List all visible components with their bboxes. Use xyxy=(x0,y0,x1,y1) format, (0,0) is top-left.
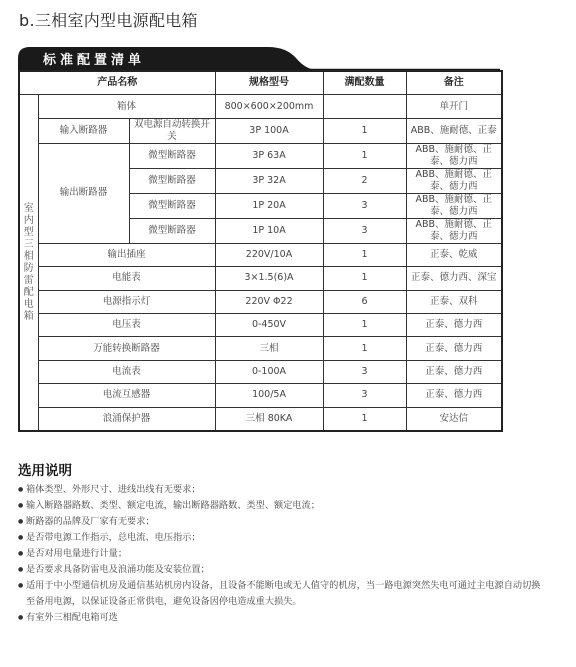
cell-spec: 3P 32A xyxy=(215,168,323,193)
cell-qty: 1 xyxy=(323,267,406,290)
table-row: 输出插座 220V/10A 1 正泰、乾威 xyxy=(19,243,502,266)
cell-note: 正泰、双科 xyxy=(406,290,502,313)
cell-spec: 220V Φ22 xyxy=(215,290,323,313)
cell-spec: 0-450V xyxy=(215,313,323,336)
cell-qty: 3 xyxy=(323,193,406,218)
cell-spec: 三相 80KA xyxy=(215,407,323,431)
table-header-row: 产品名称 规格型号 满配数量 备注 xyxy=(19,71,502,95)
cell-sub: 微型断路器 xyxy=(129,218,215,243)
cell-name: 电流互感器 xyxy=(38,384,215,407)
list-item: 箱体类型、外形尺寸、进线出线有无要求； xyxy=(18,482,558,498)
cell-qty: 3 xyxy=(323,218,406,243)
cell-qty: 1 xyxy=(323,143,406,168)
selection-guide-title: 选用说明 xyxy=(18,459,72,479)
table-row: 输出断路器 微型断路器 3P 63A 1 ABB、施耐德、正泰、德力西 xyxy=(19,143,502,168)
table-row: 电源指示灯 220V Φ22 6 正泰、双科 xyxy=(19,290,502,313)
cell-note: ABB、施耐德、正泰、德力西 xyxy=(406,218,502,243)
cell-spec: 3P 100A xyxy=(215,118,323,143)
cell-spec: 100/5A xyxy=(215,384,323,407)
cell-spec: 3×1.5(6)A xyxy=(215,267,323,290)
cell-spec: 0-100A xyxy=(215,360,323,383)
group-label: 室内型三相防雷配电箱 xyxy=(19,95,38,431)
cell-note: 正泰、乾威 xyxy=(406,243,502,266)
selection-guide-list: 箱体类型、外形尺寸、进线出线有无要求； 输入断路器路数、类型、额定电流，输出断路… xyxy=(18,482,558,626)
table-row: 电流表 0-100A 3 正泰、德力西 xyxy=(19,360,502,383)
cell-name: 浪涌保护器 xyxy=(38,407,215,431)
list-item: 断路器的品牌及厂家有无要求； xyxy=(18,514,558,530)
cell-spec: 三相 xyxy=(215,337,323,360)
cell-qty: 1 xyxy=(323,313,406,336)
cell-name: 电压表 xyxy=(38,313,215,336)
cell-sub: 微型断路器 xyxy=(129,143,215,168)
cell-qty: 6 xyxy=(323,290,406,313)
cell-name: 箱体 xyxy=(38,95,215,118)
list-item: 有室外三相配电箱可选 xyxy=(18,610,558,626)
list-item: 输入断路器路数、类型、额定电流，输出断路器路数、类型、额定电流； xyxy=(18,498,558,514)
config-banner: 标准配置清单 xyxy=(18,46,500,70)
cell-spec: 220V/10A xyxy=(215,243,323,266)
cell-note: 正泰、德力西 xyxy=(406,360,502,383)
cell-note: 正泰、德力西、深宝 xyxy=(406,267,502,290)
banner-label: 标准配置清单 xyxy=(43,49,145,68)
cell-qty: 1 xyxy=(323,337,406,360)
cell-note: 正泰、德力西 xyxy=(406,384,502,407)
cell-qty: 1 xyxy=(323,243,406,266)
table-row: 电能表 3×1.5(6)A 1 正泰、德力西、深宝 xyxy=(19,267,502,290)
cell-qty: 1 xyxy=(323,407,406,431)
cell-qty: 3 xyxy=(323,360,406,383)
list-item: 是否带电源工作指示，总电流、电压指示； xyxy=(18,530,558,546)
table-row: 电流互感器 100/5A 3 正泰、德力西 xyxy=(19,384,502,407)
cell-spec: 3P 63A xyxy=(215,143,323,168)
table-row: 万能转换断路器 三相 1 正泰、德力西 xyxy=(19,337,502,360)
table-row: 电压表 0-450V 1 正泰、德力西 xyxy=(19,313,502,336)
cell-sub: 微型断路器 xyxy=(129,168,215,193)
list-item: 适用于中小型通信机房及通信基站机房内设备，且设备不能断电或无人值守的机房，当一路… xyxy=(18,578,558,610)
cell-spec: 1P 10A xyxy=(215,218,323,243)
table-row: 浪涌保护器 三相 80KA 1 安达信 xyxy=(19,407,502,431)
cell-name: 输出插座 xyxy=(38,243,215,266)
cell-name: 输出断路器 xyxy=(38,143,129,243)
cell-sub: 双电源自动转换开关 xyxy=(129,118,215,143)
list-item: 是否对用电量进行计量； xyxy=(18,546,558,562)
config-table: 产品名称 规格型号 满配数量 备注 室内型三相防雷配电箱 箱体 800×600×… xyxy=(18,70,503,432)
table-row: 输入断路器 双电源自动转换开关 3P 100A 1 ABB、施耐德、正泰 xyxy=(19,118,502,143)
cell-note: ABB、施耐德、正泰、德力西 xyxy=(406,168,502,193)
cell-spec: 1P 20A xyxy=(215,193,323,218)
cell-qty: 1 xyxy=(323,118,406,143)
cell-name: 电源指示灯 xyxy=(38,290,215,313)
list-item: 是否要求具备防雷电及浪涌功能及安装位置； xyxy=(18,562,558,578)
cell-note: 正泰、德力西 xyxy=(406,337,502,360)
cell-note: 安达信 xyxy=(406,407,502,431)
cell-qty: 2 xyxy=(323,168,406,193)
cell-note: ABB、施耐德、正泰、德力西 xyxy=(406,143,502,168)
cell-note: 正泰、德力西 xyxy=(406,313,502,336)
header-qty: 满配数量 xyxy=(323,71,406,95)
cell-note: ABB、施耐德、正泰 xyxy=(406,118,502,143)
page-title: b.三相室内型电源配电箱 xyxy=(19,8,198,31)
cell-note: 单开门 xyxy=(406,95,502,118)
cell-name: 电流表 xyxy=(38,360,215,383)
header-spec: 规格型号 xyxy=(215,71,323,95)
cell-qty xyxy=(323,95,406,118)
cell-spec: 800×600×200mm xyxy=(215,95,323,118)
header-note: 备注 xyxy=(406,71,502,95)
cell-note: ABB、施耐德、正泰、德力西 xyxy=(406,193,502,218)
cell-name: 万能转换断路器 xyxy=(38,337,215,360)
cell-name: 电能表 xyxy=(38,267,215,290)
cell-qty: 3 xyxy=(323,384,406,407)
table-row: 室内型三相防雷配电箱 箱体 800×600×200mm 单开门 xyxy=(19,95,502,118)
cell-sub: 微型断路器 xyxy=(129,193,215,218)
header-product: 产品名称 xyxy=(19,71,215,95)
cell-name: 输入断路器 xyxy=(38,118,129,143)
